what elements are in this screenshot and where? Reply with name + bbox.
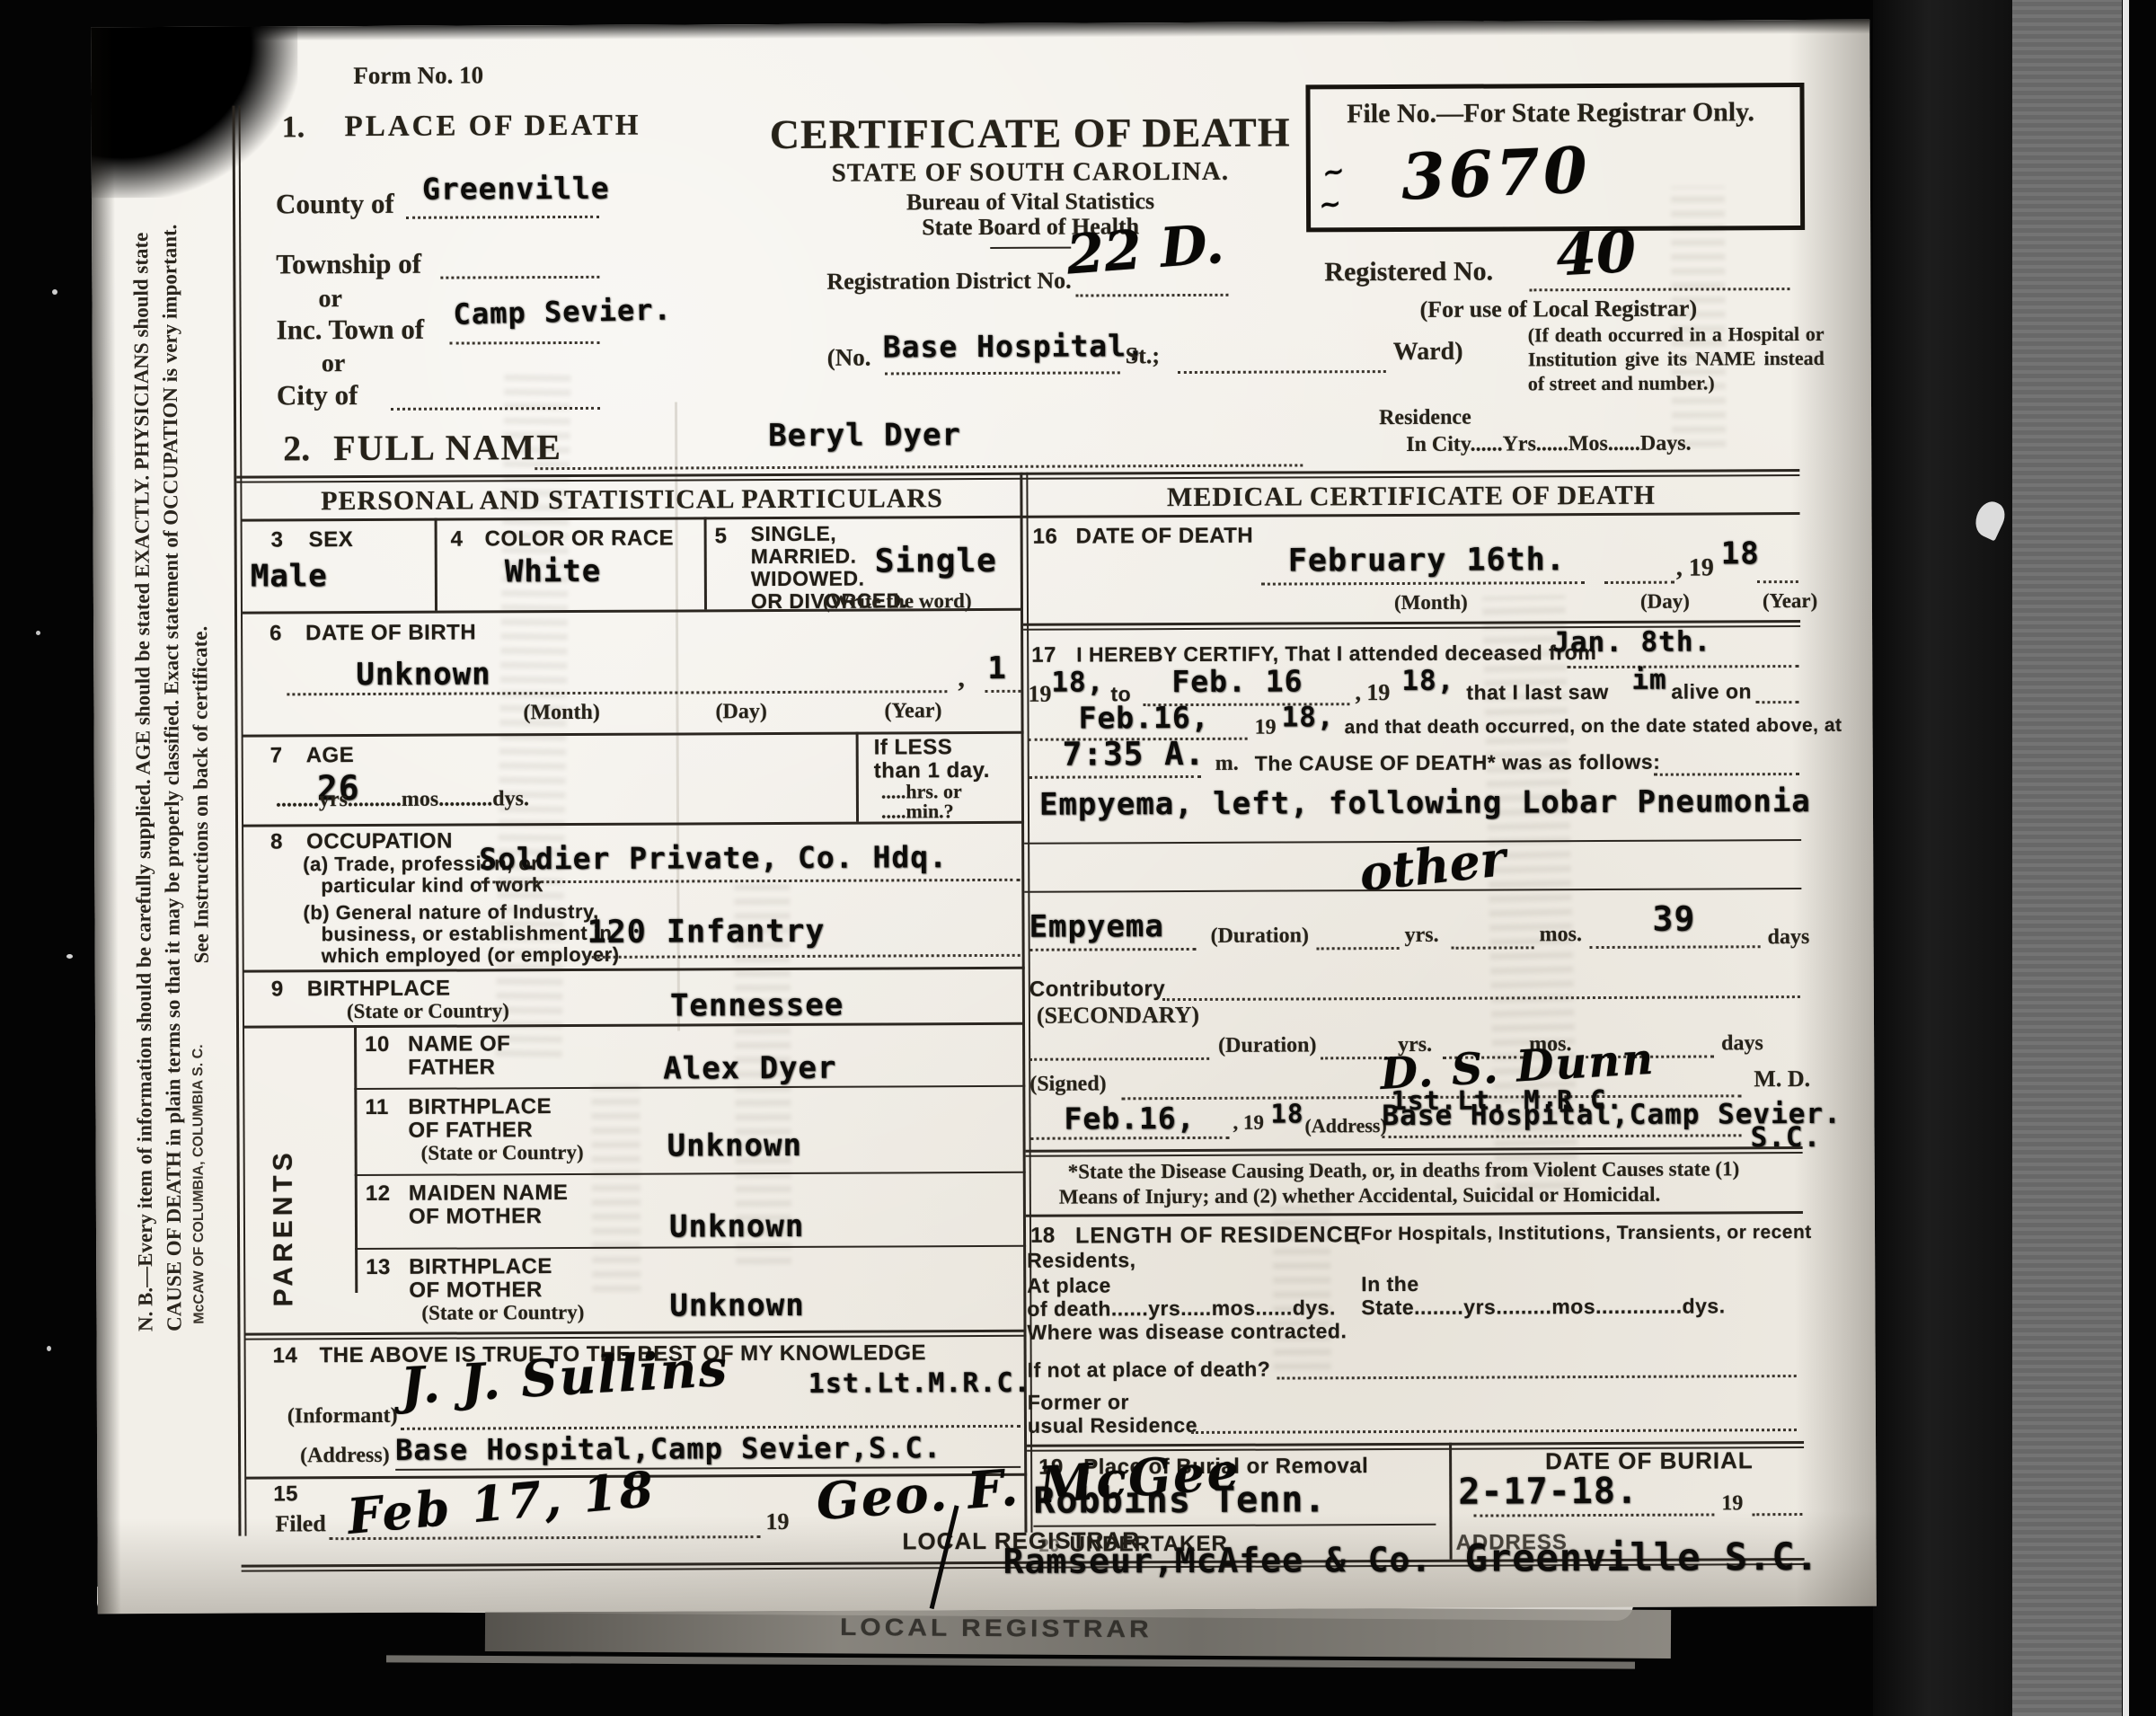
medical-section-title: MEDICAL CERTIFICATE OF DEATH [1022, 480, 1799, 514]
dotted-line [1191, 1429, 1797, 1434]
age-number: 7 [270, 743, 283, 768]
margin-note-line3: See Instructions on back of certificate. [189, 626, 214, 964]
dotted-line [406, 216, 599, 219]
time-of-death-value: 7:35 A. [1063, 736, 1206, 774]
mos-label: mos. [1540, 923, 1582, 947]
residence-paren: (For Hospitals, Institutions, Transients… [1354, 1222, 1812, 1245]
if-not-label: If not at place of death? [1028, 1358, 1271, 1383]
filed-label: Filed [275, 1510, 325, 1537]
divider [1026, 1146, 1803, 1157]
section1-number: 1. [282, 111, 305, 145]
dotted-line [985, 690, 1021, 693]
father-value: Alex Dyer [663, 1050, 836, 1087]
former-label: Former or [1028, 1390, 1129, 1414]
dotted-line [1452, 946, 1534, 949]
personal-section-title: PERSONAL AND STATISTICAL PARTICULARS [241, 483, 1022, 517]
signed-date-value: Feb.16, [1064, 1101, 1195, 1137]
yrs-label: yrs. [1405, 924, 1439, 948]
footnote-line1: *State the Disease Causing Death, or, in… [1068, 1157, 1740, 1183]
race-number: 4 [451, 527, 464, 553]
father-number: 10 [365, 1032, 390, 1057]
dotted-line [1757, 580, 1798, 583]
certify-number: 17 [1031, 643, 1056, 668]
reg-district-value: 22 D. [1065, 213, 1226, 287]
divider [990, 247, 1071, 249]
mother-bp-value: Unknown [669, 1287, 804, 1324]
certify-line1: I HEREBY CERTIFY, That I attended deceas… [1076, 641, 1596, 668]
marital-number: 5 [715, 524, 728, 549]
top-edge-shadow [91, 20, 1869, 42]
sex-number: 3 [271, 527, 284, 553]
form-number: Form No. 10 [353, 61, 483, 90]
dotted-line [1529, 287, 1789, 291]
mother-bp-number: 13 [366, 1255, 391, 1280]
occupation-b-label3: which employed (or employer) [322, 943, 620, 968]
days-label: days [1768, 925, 1810, 950]
residents-label: Residents, [1027, 1248, 1135, 1273]
dob-number: 6 [269, 621, 282, 646]
filed-number: 15 [273, 1482, 298, 1507]
scan-speckle [36, 631, 40, 635]
dotted-line [588, 954, 1021, 959]
age-units-line: ........yrs..........mos..........dys. [276, 787, 529, 812]
state-subtitle: STATE OF SOUTH CAROLINA. [720, 156, 1340, 189]
residence-label: Residence [1379, 406, 1471, 430]
dotted-line [885, 371, 1120, 375]
signed-address-label: (Address) [1304, 1114, 1386, 1137]
race-label: COLOR OR RACE [485, 526, 675, 553]
dotted-line [1317, 947, 1400, 950]
birthplace-label: BIRTHPLACE [307, 977, 451, 1003]
age-less-label1: If LESS [874, 735, 953, 760]
contributory-label: Contributory [1029, 977, 1165, 1003]
dotted-line [1075, 294, 1228, 297]
file-box-title: File No.—For State Registrar Only. [1315, 97, 1787, 129]
in-the-label: In the [1361, 1272, 1418, 1296]
certify-y3-printed: 19 [1255, 716, 1277, 740]
section1-title: PLACE OF DEATH [345, 110, 641, 144]
inc-town-label: Inc. Town of [277, 314, 425, 347]
dotted-line [535, 464, 1303, 470]
street-value: Base Hospital, [883, 328, 1145, 364]
dotted-line [450, 341, 600, 345]
residence-label: LENGTH OF RESIDENCE [1075, 1222, 1359, 1249]
divider [355, 1172, 1026, 1176]
bottom-white-line [386, 1655, 1635, 1668]
residence-units: In City......Yrs......Mos......Days. [1406, 432, 1691, 457]
city-label: City of [277, 379, 358, 411]
scan-right-white-line [2123, 0, 2129, 1716]
informant-address-value: Base Hospital,Camp Sevier,S.C. [395, 1430, 941, 1467]
dotted-line [1029, 775, 1201, 779]
board-subtitle: State Board of Health [720, 212, 1340, 242]
dod-label: DATE OF DEATH [1076, 524, 1254, 550]
informant-rank: 1st.Lt.M.R.C. [808, 1367, 1031, 1400]
dotted-line [1162, 995, 1800, 1001]
cause-of-death-label: The CAUSE OF DEATH* was as follows: [1255, 750, 1661, 776]
dotted-line [1567, 665, 1798, 668]
last-saw-label: that I last saw [1466, 680, 1608, 705]
usual-label: usual Residence [1028, 1413, 1197, 1438]
divider [354, 1085, 1025, 1090]
cell-divider [856, 732, 859, 822]
father-bp-label1: BIRTHPLACE [408, 1094, 552, 1120]
age-less-line2: .....min.? [881, 800, 954, 823]
dob-month-caption: (Month) [523, 701, 599, 725]
hospital-note: (If death occurred in a Hospital or Inst… [1528, 322, 1825, 395]
informant-caption: (Informant) [287, 1404, 398, 1429]
fullname-value: Beryl Dyer [768, 417, 961, 454]
dotted-line [401, 1425, 1021, 1430]
attended-from-value: Jan. 8th. [1552, 625, 1711, 659]
certify-y1-value: 18, [1051, 666, 1104, 698]
local-use-note: (For use of Local Registrar) [1419, 296, 1697, 323]
occupation-label: OCCUPATION [306, 829, 453, 855]
father-label2: FATHER [408, 1055, 495, 1080]
dotted-line [1590, 945, 1761, 949]
cell-divider [1449, 1443, 1453, 1560]
or-label: or [322, 349, 346, 378]
dotted-line [1029, 1057, 1209, 1061]
mother-bp-label2: OF MOTHER [409, 1278, 543, 1304]
signed-label: (Signed) [1029, 1072, 1106, 1096]
dotted-line [1178, 370, 1386, 374]
divider [242, 608, 1023, 615]
reg-district-label: Registration District No. [826, 268, 1071, 296]
cell-divider [354, 1025, 358, 1293]
certificate-paper: N. B.—Every item of information should b… [91, 20, 1877, 1614]
informant-address-caption: (Address) [300, 1444, 390, 1468]
father-bp-number: 11 [365, 1095, 388, 1120]
footnote-line2: Means of Injury; and (2) whether Acciden… [1059, 1183, 1660, 1209]
dob-day-caption: (Day) [715, 700, 766, 724]
duration2-label: (Duration) [1218, 1033, 1316, 1057]
street-no-paren: (No. [827, 344, 871, 372]
dod-year-printed: , 19 [1676, 553, 1714, 582]
divider [1026, 1211, 1803, 1217]
at-place-label: At place [1027, 1273, 1111, 1297]
dob-year-caption: (Year) [884, 699, 941, 723]
birthplace-number: 9 [271, 977, 284, 1002]
father-bp-label2: OF FATHER [408, 1118, 533, 1144]
marital-value: Single [875, 543, 997, 580]
mother-label1: MAIDEN NAME [409, 1181, 569, 1207]
certify-y3-value: 18, [1281, 701, 1334, 733]
dob-year-value: 1 [987, 650, 1007, 686]
fullname-number: 2. [283, 427, 310, 469]
cell-divider [435, 518, 437, 611]
secondary-label: (SECONDARY) [1037, 1002, 1199, 1030]
dotted-line [1604, 581, 1674, 584]
dod-year-value: 18 [1721, 535, 1760, 571]
him-value: im [1631, 664, 1666, 696]
scan-right-dark-band [1873, 0, 2012, 1716]
filed-year-printed: 19 [765, 1508, 789, 1535]
occupation-a-value: Soldier Private, Co. Hdq. [479, 839, 948, 876]
dod-day-caption: (Day) [1640, 590, 1690, 614]
mother-bp-label1: BIRTHPLACE [409, 1254, 552, 1280]
left-edge-shadow [91, 27, 121, 1614]
m-label: m. [1215, 752, 1239, 776]
dod-value: February 16th. [1288, 542, 1566, 579]
dotted-line [1755, 701, 1798, 703]
dotted-line [1030, 1137, 1230, 1140]
margin-note-line1: N. B.—Every item of information should b… [129, 128, 158, 1331]
dotted-line [1277, 1375, 1797, 1380]
marital-option2: MARRIED. [751, 544, 857, 570]
scan-speckle [66, 954, 73, 959]
signed-year-value: 18 [1270, 1098, 1303, 1128]
sex-label: SEX [309, 527, 354, 553]
mother-number: 12 [366, 1181, 391, 1207]
divider [355, 1245, 1026, 1250]
ward-label: Ward) [1393, 338, 1463, 367]
father-bp-value: Unknown [667, 1128, 802, 1164]
death-occurred-label: and that death occurred, on the date sta… [1345, 715, 1842, 739]
divider [243, 821, 1024, 827]
certify-y2-printed: , 19 [1355, 679, 1390, 706]
county-value: Greenville [422, 171, 610, 207]
fullname-label: FULL NAME [333, 426, 562, 469]
birthplace-value: Tennessee [670, 987, 844, 1024]
sex-value: Male [251, 558, 328, 594]
cell-divider [704, 517, 707, 609]
mother-value: Unknown [669, 1208, 804, 1245]
margin-note-line2: CAUSE OF DEATH in plain terms so that it… [158, 128, 187, 1331]
bleedthrough [591, 1085, 641, 1292]
dotted-line [440, 276, 599, 279]
last-alive-value: Feb.16, [1078, 700, 1209, 736]
certificate-title: CERTIFICATE OF DEATH [720, 108, 1340, 158]
margin-printer-credit: McCAW OF COLUMBIA, COLUMBIA S. C. [190, 1044, 215, 1324]
county-label: County of [276, 188, 394, 221]
st-label: St.; [1126, 342, 1160, 369]
dod-month-caption: (Month) [1394, 591, 1468, 615]
burial-date-value: 2-17-18. [1458, 1471, 1639, 1513]
dod-number: 16 [1033, 525, 1058, 550]
dotted-line [1752, 1513, 1802, 1516]
md-label: M. D. [1754, 1066, 1810, 1092]
dotted-line [1029, 948, 1197, 951]
alive-on-label: alive on [1671, 679, 1752, 703]
duration-label: (Duration) [1211, 924, 1309, 948]
certify-y2-value: 18, [1401, 665, 1454, 697]
birthplace-sub: (State or Country) [347, 999, 509, 1023]
attended-to-value: Feb. 16 [1171, 663, 1303, 699]
days2-label: days [1721, 1031, 1763, 1056]
ghost-registrar-text: LOCAL REGISTRAR [840, 1614, 1153, 1643]
scan-speckle [52, 289, 57, 295]
marital-option1: SINGLE, [751, 522, 837, 546]
primary-cause-value: Empyema [1029, 908, 1163, 945]
file-number-value: 3670 [1400, 132, 1592, 214]
marital-option3: WIDOWED. [751, 567, 865, 592]
state-line: State........yrs.........mos............… [1361, 1294, 1725, 1320]
signed-year-printed: , 19 [1233, 1111, 1264, 1135]
dod-year-caption: (Year) [1763, 589, 1817, 613]
burial-year-printed: 19 [1721, 1491, 1743, 1516]
mother-label2: OF MOTHER [409, 1204, 543, 1230]
scan-speckle [47, 1346, 51, 1351]
age-label: AGE [306, 743, 355, 768]
registered-no-label: Registered No. [1324, 257, 1493, 288]
divider [244, 1330, 1026, 1340]
mother-bp-sub: (State or Country) [421, 1301, 584, 1325]
township-label: Township of [276, 248, 421, 281]
dob-label: DATE OF BIRTH [305, 620, 476, 646]
scanned-death-certificate: LOCAL REGISTRAR N. B.—Every item of info… [0, 0, 2156, 1716]
parents-label: PARENTS [268, 1046, 299, 1306]
dob-comma: , [958, 663, 965, 694]
occupation-b-value: 120 Infantry [587, 914, 825, 951]
undertaker-value: Ramseur,McAfee & Co. [1003, 1540, 1433, 1581]
cause-of-death-value: Empyema, left, following Lobar Pneumonia [1039, 783, 1811, 823]
informant-number: 14 [273, 1343, 298, 1368]
race-value: White [505, 553, 602, 589]
occupation-a-label2: particular kind of work [321, 873, 543, 898]
occupation-number: 8 [270, 829, 283, 854]
duration-days-value: 39 [1652, 899, 1695, 939]
father-bp-sub: (State or Country) [421, 1141, 584, 1165]
inc-town-value: Camp Sevier. [453, 292, 672, 331]
residence-number: 18 [1030, 1224, 1056, 1249]
where-contracted-label: Where was disease contracted. [1027, 1319, 1347, 1345]
of-death-line: of death......yrs.....mos......dys. [1027, 1296, 1336, 1321]
dotted-line [1261, 581, 1585, 586]
dob-value: Unknown [356, 656, 490, 693]
scan-right-grey-strip [2012, 0, 2122, 1716]
stray-ink-mark: ~ [1317, 188, 1343, 222]
registered-no-value: 40 [1554, 218, 1638, 290]
father-label1: NAME OF [408, 1031, 510, 1057]
undertaker-address-value: Greenville S.C. [1464, 1535, 1819, 1580]
certify-y1-printed: 19 [1028, 681, 1051, 708]
dotted-line [1654, 773, 1799, 776]
or-label: or [318, 285, 342, 314]
